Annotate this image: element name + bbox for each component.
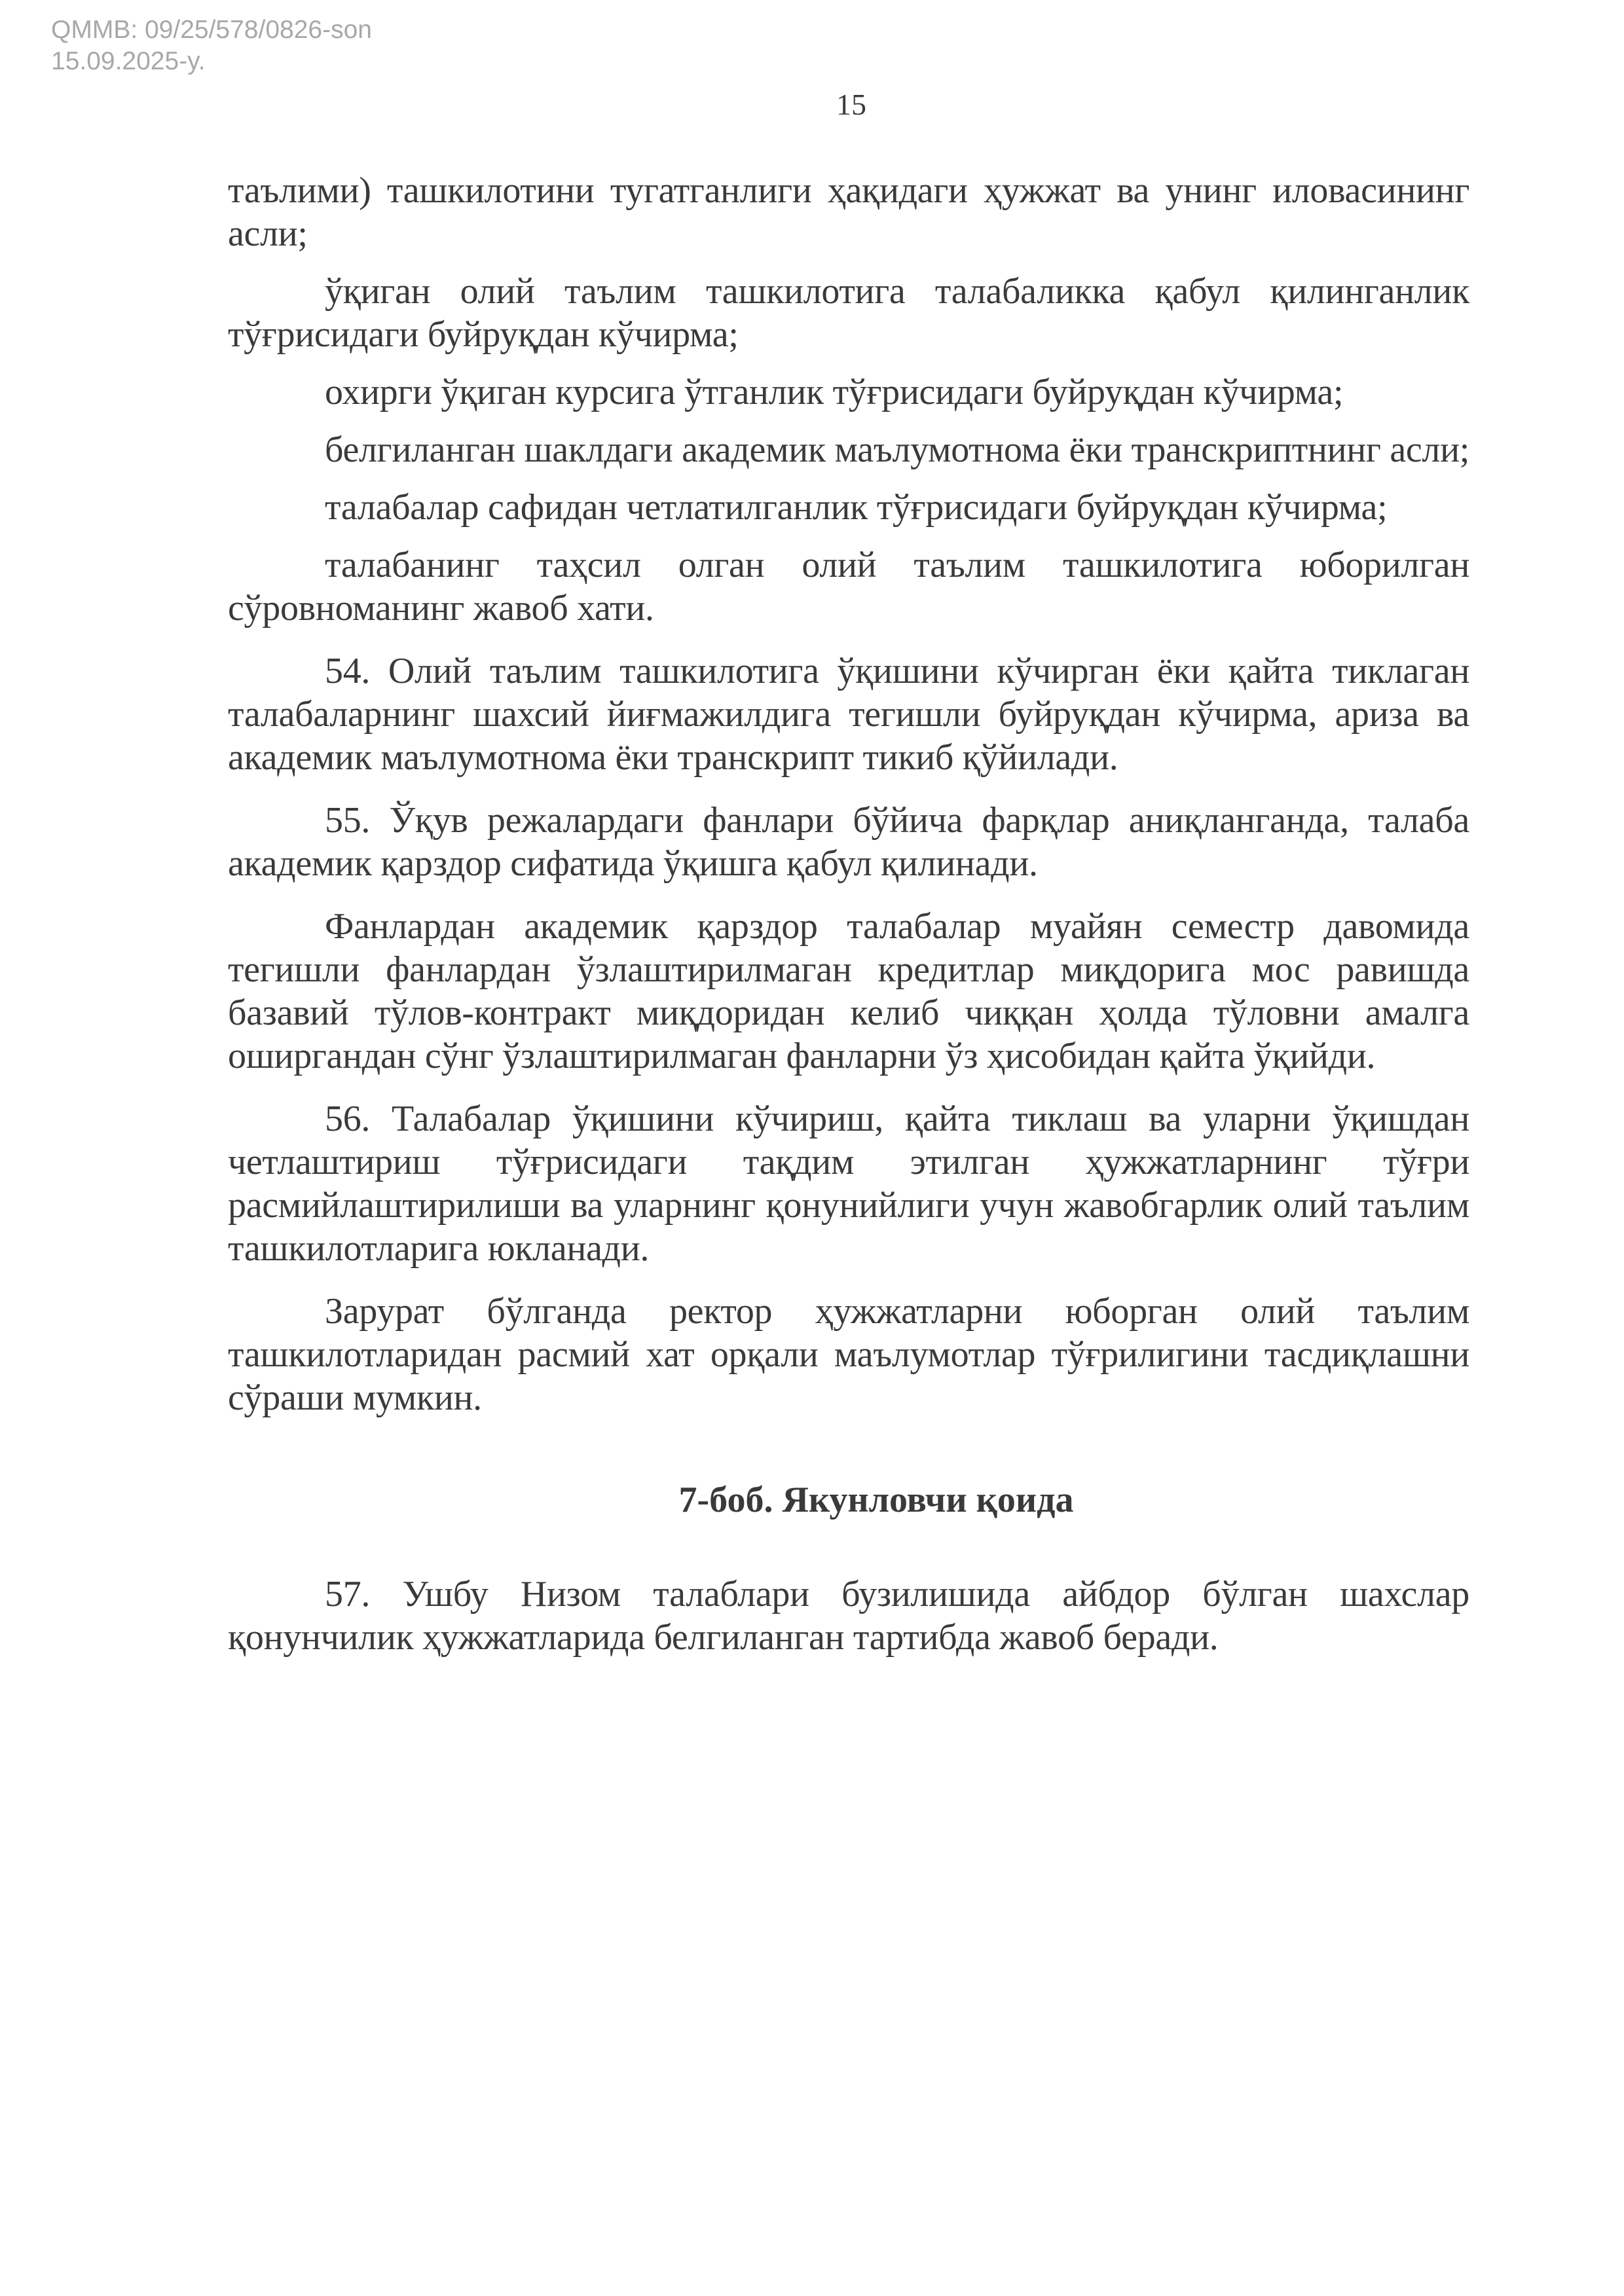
article-57: 57. Ушбу Низом талаблари бузилишида айбд…: [228, 1573, 1469, 1659]
list-item-academic-transcript: белгиланган шаклдаги академик маълумотно…: [228, 428, 1469, 471]
list-item-last-course-order: охирги ўқиган курсига ўтганлик тўғрисида…: [228, 371, 1469, 414]
list-item-expulsion-order: талабалар сафидан четлатилганлик тўғриси…: [228, 486, 1469, 529]
document-body: таълими) ташкилотини тугатганлиги ҳақида…: [228, 169, 1469, 1659]
registration-date: 15.09.2025-y.: [51, 46, 372, 77]
article-55-continuation: Фанлардан академик қарздор талабалар муа…: [228, 905, 1469, 1078]
article-56-continuation: Зарурат бўлганда ректор ҳужжатларни юбор…: [228, 1290, 1469, 1419]
paragraph-continuation: таълими) ташкилотини тугатганлиги ҳақида…: [228, 169, 1469, 255]
registration-number: QMMB: 09/25/578/0826-son: [51, 14, 372, 46]
article-56: 56. Талабалар ўқишини кўчириш, қайта тик…: [228, 1097, 1469, 1270]
article-55: 55. Ўқув режалардаги фанлари бўйича фарқ…: [228, 799, 1469, 885]
page-number: 15: [0, 85, 1624, 124]
chapter-heading: 7-боб. Якунловчи қоида: [228, 1478, 1469, 1522]
article-54: 54. Олий таълим ташкилотига ўқишини кўчи…: [228, 649, 1469, 779]
registration-stamp: QMMB: 09/25/578/0826-son 15.09.2025-y.: [51, 14, 372, 77]
list-item-reply-letter: талабанинг таҳсил олган олий таълим ташк…: [228, 543, 1469, 630]
list-item-admission-order: ўқиган олий таълим ташкилотига талабалик…: [228, 270, 1469, 356]
